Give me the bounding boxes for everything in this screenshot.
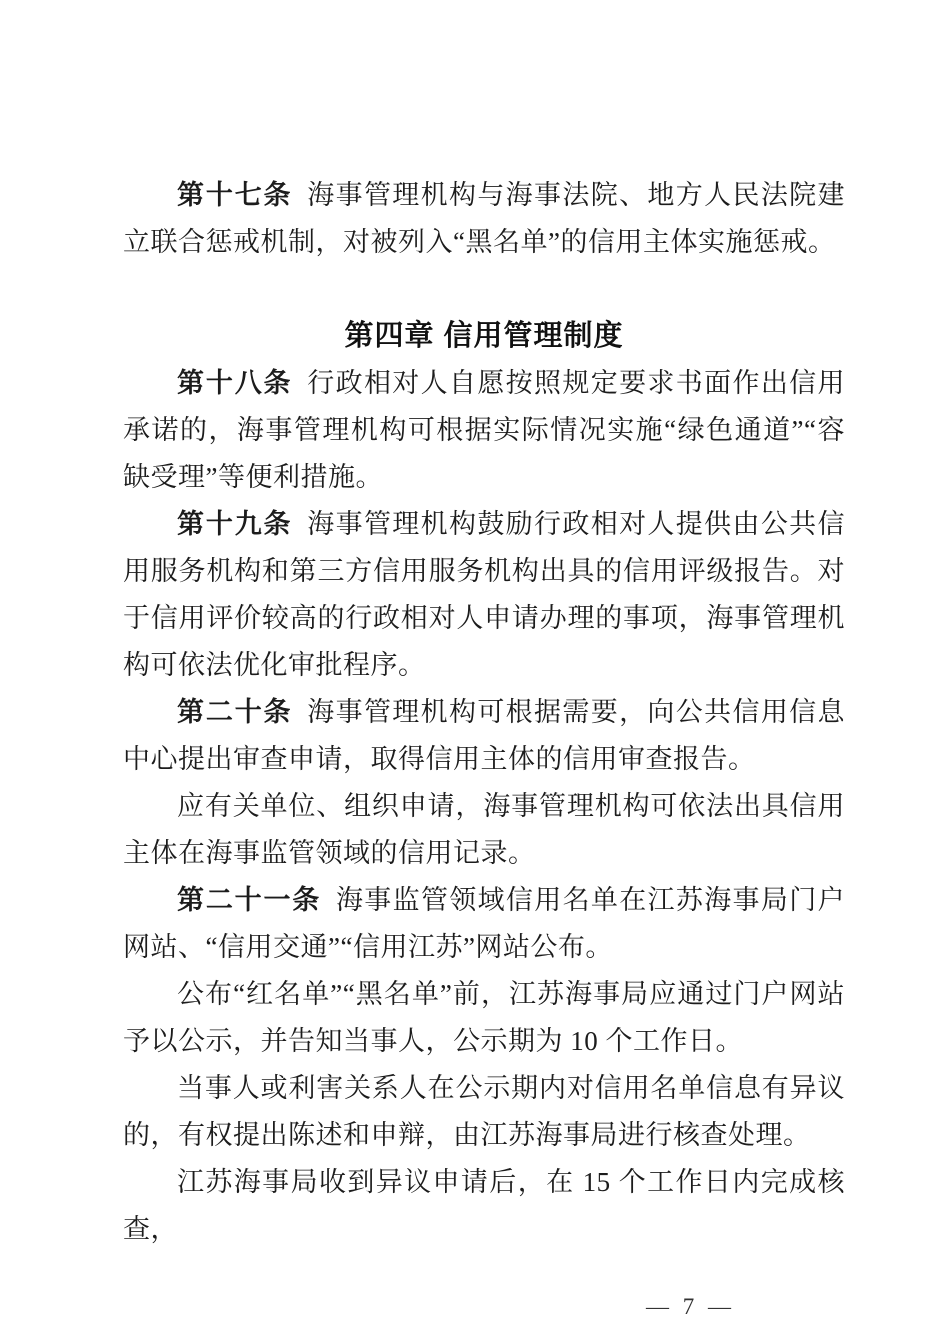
page-number: — 7 — [123, 1293, 845, 1321]
article-21-number: 第二十一条 [177, 885, 321, 915]
chapter-4-heading: 第四章 信用管理制度 [123, 313, 845, 360]
article-17-number: 第十七条 [177, 180, 292, 210]
article-20-number: 第二十条 [177, 697, 292, 727]
paragraph-article-21-clause-2: 公布“红名单”“黑名单”前，江苏海事局应通过门户网站予以公示，并告知当事人，公示… [123, 971, 845, 1065]
paragraph-article-20-clause-2: 应有关单位、组织申请，海事管理机构可依法出具信用主体在海事监管领域的信用记录。 [123, 783, 845, 877]
document-body: 第十七条海事管理机构与海事法院、地方人民法院建立联合惩戒机制，对被列入“黑名单”… [123, 172, 845, 1253]
paragraph-article-21-clause-4: 江苏海事局收到异议申请后，在 15 个工作日内完成核查， [123, 1159, 845, 1253]
paragraph-article-19: 第十九条海事管理机构鼓励行政相对人提供由公共信用服务机构和第三方信用服务机构出具… [123, 501, 845, 689]
paragraph-article-18: 第十八条行政相对人自愿按照规定要求书面作出信用承诺的，海事管理机构可根据实际情况… [123, 360, 845, 501]
paragraph-article-20: 第二十条海事管理机构可根据需要，向公共信用信息中心提出审查申请，取得信用主体的信… [123, 689, 845, 783]
paragraph-article-17: 第十七条海事管理机构与海事法院、地方人民法院建立联合惩戒机制，对被列入“黑名单”… [123, 172, 845, 266]
document-page: 第十七条海事管理机构与海事法院、地方人民法院建立联合惩戒机制，对被列入“黑名单”… [0, 0, 950, 1343]
paragraph-article-21-clause-3: 当事人或利害关系人在公示期内对信用名单信息有异议的，有权提出陈述和申辩，由江苏海… [123, 1065, 845, 1159]
paragraph-article-21: 第二十一条海事监管领域信用名单在江苏海事局门户网站、“信用交通”“信用江苏”网站… [123, 877, 845, 971]
article-18-number: 第十八条 [177, 368, 292, 398]
article-19-number: 第十九条 [177, 509, 292, 539]
